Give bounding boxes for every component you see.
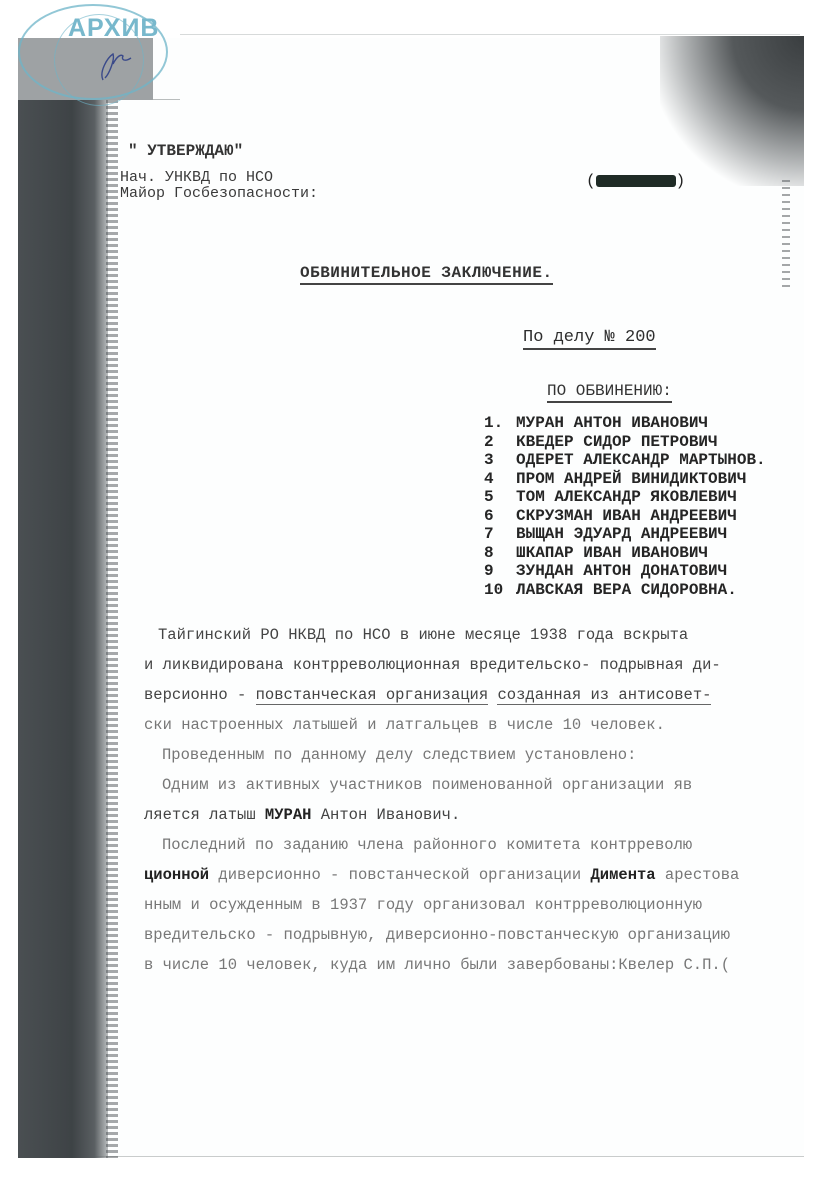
approver-title: Нач. УНКВД по НСО [120,170,318,186]
archive-stamp-label: АРХИВ [68,14,159,43]
list-item: 3ОДЕРЕТ АЛЕКСАНДР МАРТЫНОВ. [484,451,766,470]
body-line: и ликвидирована контрреволюционная вреди… [144,650,808,680]
list-item: 6СКРУЗМАН ИВАН АНДРЕЕВИЧ [484,507,766,526]
list-item: 2КВЕДЕР СИДОР ПЕТРОВИЧ [484,433,766,452]
list-item: 1.МУРАН АНТОН ИВАНОВИЧ [484,414,766,433]
list-item: 9ЗУНДАН АНТОН ДОНАТОВИЧ [484,562,766,581]
body-line: Тайгинский РО НКВД по НСО в июне месяце … [158,620,808,650]
body-line: в числе 10 человек, куда им лично были з… [144,950,808,980]
signature-icon [95,44,135,84]
body-line: ски настроенных латышей и латгальцев в ч… [144,710,808,740]
scan-binding-shadow [18,100,108,1158]
list-item: 4ПРОМ АНДРЕЙ ВИНИДИКТОВИЧ [484,470,766,489]
list-item: 7ВЫЩАН ЭДУАРД АНДРЕЕВИЧ [484,525,766,544]
body-line: Проведенным по данному делу следствием у… [158,740,808,770]
document-title: ОБВИНИТЕЛЬНОЕ ЗАКЛЮЧЕНИЕ. [300,264,553,285]
list-item: 5ТОМ АЛЕКСАНДР ЯКОВЛЕВИЧ [484,488,766,507]
body-line: ционной диверсионно - повстанческой орга… [144,860,808,890]
case-number: По делу № 200 [523,328,656,350]
list-item: 10ЛАВСКАЯ ВЕРА СИДОРОВНА. [484,581,766,600]
scan-corner-shadow [660,36,804,186]
document-body: Тайгинский РО НКВД по НСО в июне месяце … [158,620,808,980]
scan-edge-noise [782,180,790,290]
body-line: вредительско - подрывную, диверсионно-по… [144,920,808,950]
archive-stamp-icon: АРХИВ [18,4,168,100]
approver-block: Нач. УНКВД по НСО Майор Госбезопасности: [120,170,318,202]
body-line: ляется латыш МУРАН Антон Иванович. [144,800,808,830]
body-line: Последний по заданию члена районного ком… [158,830,808,860]
body-line: версионно - повстанческая организация со… [144,680,808,710]
scan-edge-line [18,1156,804,1157]
body-line: нным и осужденным в 1937 году организова… [144,890,808,920]
list-item: 8ШКАПАР ИВАН ИВАНОВИЧ [484,544,766,563]
body-line: Одним из активных участников поименованн… [158,770,808,800]
redaction-block [596,175,676,187]
scan-edge-line [180,34,800,35]
approver-rank: Майор Госбезопасности: [120,186,318,202]
accusation-heading: ПО ОБВИНЕНИЮ: [547,382,672,403]
redacted-name: () [586,172,685,190]
accused-list: 1.МУРАН АНТОН ИВАНОВИЧ 2КВЕДЕР СИДОР ПЕТ… [484,414,766,599]
approval-heading: " УТВЕРЖДАЮ" [128,142,243,160]
